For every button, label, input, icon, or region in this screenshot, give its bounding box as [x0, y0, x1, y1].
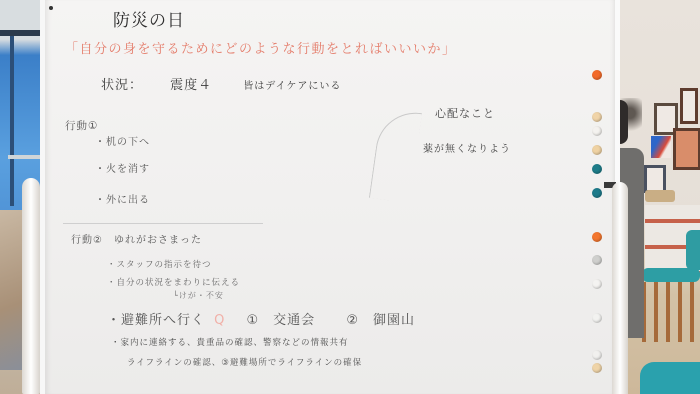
magnet: [592, 232, 602, 242]
magnet: [592, 313, 602, 323]
basket: [645, 190, 675, 202]
action1-item: ・机の下へ: [95, 133, 150, 148]
evacuation-option: ① 交通会: [247, 313, 316, 328]
connector-line: [369, 108, 422, 204]
stacked-chairs-seat: [642, 268, 700, 282]
balcony-rail: [8, 155, 44, 159]
magnet: [592, 255, 602, 265]
picture-frame: [673, 128, 700, 170]
action1-title: 行動①: [65, 118, 98, 133]
photo-scene: 防災の日 「自分の身を守るためにどのような行動をとればいいいか」 状況： 震度４…: [0, 0, 700, 394]
contact-line: ・家内に連絡する、貴重品の確認、警察などの情報共有: [111, 336, 349, 348]
action2-item: ・自分の状況をまわりに伝える: [107, 276, 240, 288]
stacked-chairs-legs: [642, 282, 700, 342]
foreground-chair: [640, 362, 700, 394]
situation-line: 状況： 震度４ 皆はデイケアにいる: [101, 74, 341, 93]
chair-back: [686, 230, 700, 270]
evacuation-mark: Q: [214, 313, 225, 328]
picture-frame: [680, 88, 698, 124]
action1-item: ・火を消す: [95, 160, 150, 175]
evacuation-line: ・避難所へ行く Q ① 交通会 ② 御園山: [107, 309, 415, 328]
magnet: [592, 145, 602, 155]
evacuation-option: ② 御園山: [346, 313, 415, 328]
magnet: [592, 112, 602, 122]
magnet: [592, 164, 602, 174]
board-question: 「自分の身を守るためにどのような行動をとればいいいか」: [65, 38, 457, 57]
section-divider: [63, 223, 263, 224]
whiteboard-stand-pole-left: [22, 178, 40, 394]
action2-item: ・スタッフの指示を待つ: [107, 258, 212, 270]
window-mullion: [10, 36, 14, 206]
whiteboard: 防災の日 「自分の身を守るためにどのような行動をとればいいいか」 状況： 震度４…: [40, 0, 620, 394]
magnet: [592, 126, 602, 136]
concerns-title: 心配なこと: [435, 105, 495, 121]
situation-label: 状況：: [101, 78, 143, 93]
contact-line: ライフラインの確認、③避難場所でライフラインの確保: [127, 356, 362, 368]
magnet: [592, 350, 602, 360]
action1-item: ・外に出る: [95, 191, 150, 206]
magnet: [592, 70, 602, 80]
situation-intensity: 震度４: [170, 78, 212, 93]
magnet: [592, 279, 602, 289]
window-frame: [0, 30, 44, 36]
action2-title: 行動② ゆれがおさまった: [71, 231, 202, 246]
magnet: [592, 188, 602, 198]
board-title: 防災の日: [113, 6, 185, 31]
situation-location: 皆はデイケアにいる: [243, 81, 341, 92]
concerns-item: 薬が無くなりよう: [423, 140, 511, 155]
wall-poster: [651, 136, 671, 158]
evacuation-label: ・避難所へ行く: [107, 313, 205, 328]
magnet: [592, 363, 602, 373]
board-screw: [49, 6, 53, 10]
whiteboard-stand-pole-right: [612, 182, 628, 394]
action2-note: └けが・不安: [173, 290, 224, 301]
picture-frame: [644, 165, 666, 193]
hanging-cloth: [0, 210, 22, 370]
